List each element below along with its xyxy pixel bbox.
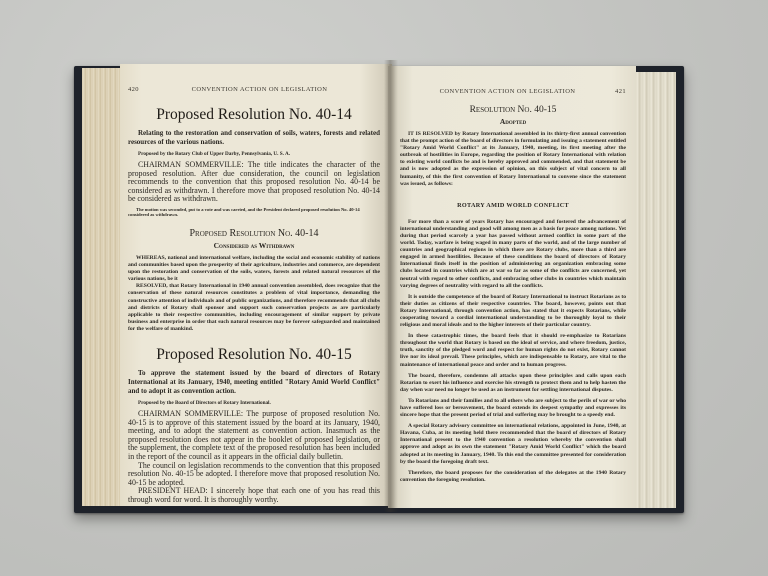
resolution-title: Proposed Resolution No. 40-15 [128, 346, 380, 364]
section-title: ROTARY AMID WORLD CONFLICT [400, 202, 626, 209]
paragraph: The board, therefore, condemns all attac… [400, 373, 626, 394]
resolution-summary: Relating to the restoration and conserva… [128, 129, 380, 147]
paragraph: In these catastrophic times, the board f… [400, 333, 626, 368]
page-number: 421 [615, 88, 626, 95]
resolved-clause: IT IS RESOLVED by Rotary International a… [400, 131, 626, 188]
running-head-right: CONVENTION ACTION ON LEGISLATION 421 [400, 88, 626, 95]
paragraph: For more than a score of years Rotary ha… [400, 219, 626, 290]
running-head-title: CONVENTION ACTION ON LEGISLATION [139, 86, 380, 93]
proposed-by: Proposed by the Rotary Club of Upper Dar… [138, 151, 380, 157]
resolved-clause: RESOLVED, that Rotary International in 1… [128, 283, 380, 333]
paragraph: It is outside the competence of the boar… [400, 294, 626, 329]
resolution-status: Considered as Withdrawn [128, 241, 380, 250]
running-head-title: CONVENTION ACTION ON LEGISLATION [400, 88, 615, 95]
council-recommendation: The council on legislation recommends to… [128, 462, 380, 488]
resolution-text-heading: Proposed Resolution No. 40-14 [128, 228, 380, 239]
book-gutter [384, 60, 398, 512]
chairman-speech: CHAIRMAN SOMMERVILLE: The purpose of pro… [128, 410, 380, 462]
running-head-left: 420 CONVENTION ACTION ON LEGISLATION [128, 86, 380, 93]
paragraph: A special Rotary advisory committee on i… [400, 423, 626, 466]
right-page: CONVENTION ACTION ON LEGISLATION 421 Res… [388, 66, 636, 508]
resolution-title: Proposed Resolution No. 40-14 [128, 106, 380, 124]
president-speech: PRESIDENT HEAD: I sincerely hope that ea… [128, 487, 380, 504]
paragraph: To Rotarians and their families and to a… [400, 398, 626, 419]
chairman-speech: CHAIRMAN SOMMERVILLE: The title indicate… [128, 161, 380, 204]
paragraph: Therefore, the board proposes for the co… [400, 470, 626, 484]
page-number: 420 [128, 86, 139, 93]
motion-note: The motion was seconded, put to a vote a… [128, 207, 380, 218]
left-page: 420 CONVENTION ACTION ON LEGISLATION Pro… [120, 64, 392, 506]
resolution-summary: To approve the statement issued by the b… [128, 369, 380, 396]
resolution-heading: Resolution No. 40-15 [400, 105, 626, 115]
resolution-status: Adopted [400, 117, 626, 126]
proposed-by: Proposed by the Board of Directors of Ro… [138, 400, 380, 406]
whereas-clause: WHEREAS, national and international welf… [128, 255, 380, 283]
